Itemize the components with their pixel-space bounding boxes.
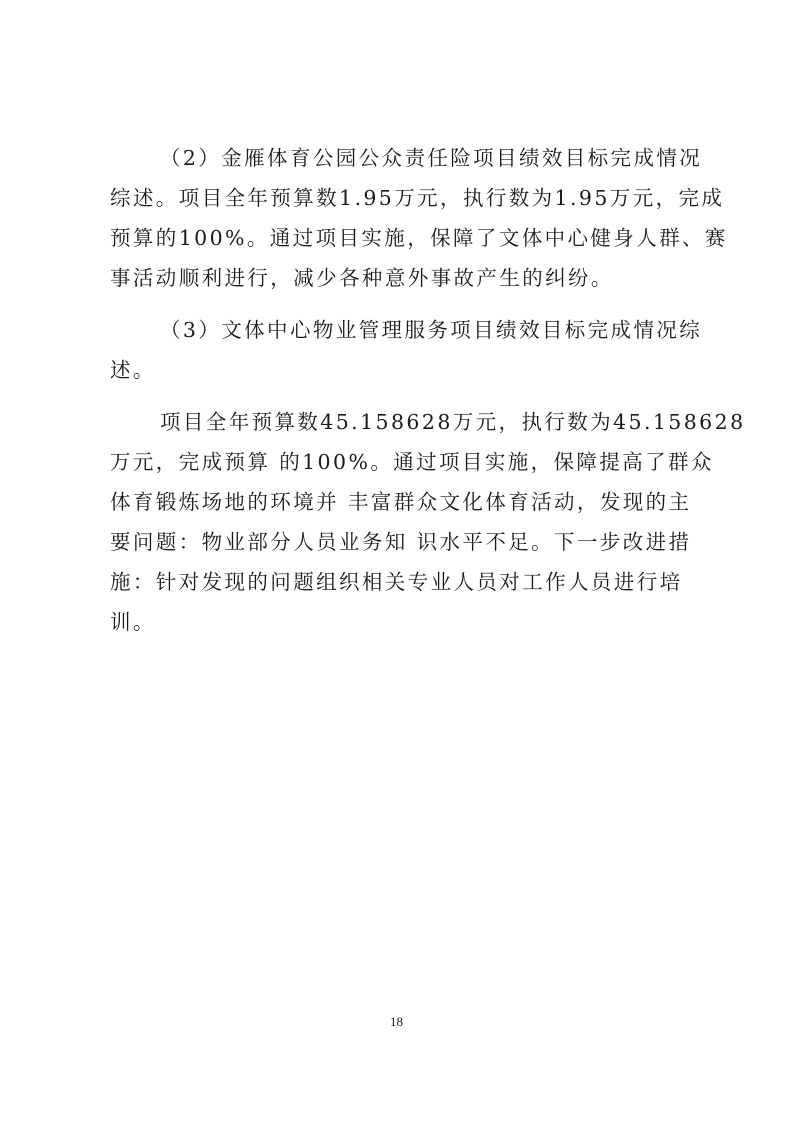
page-number: 18 <box>0 1014 793 1030</box>
text-line: 施：针对发现的问题组织相关专业人员对工作人员进行培 <box>110 568 690 596</box>
text-line: 万元，完成预算 的100%。通过项目实施，保障提高了群众 <box>110 448 690 476</box>
text-line: （2）金雁体育公园公众责任险项目绩效目标完成情况 <box>160 144 690 172</box>
document-page: （2）金雁体育公园公众责任险项目绩效目标完成情况 综述。项目全年预算数1.95万… <box>0 0 793 1122</box>
text-line: 预算的100%。通过项目实施，保障了文体中心健身人群、赛 <box>110 224 690 252</box>
text-line: 述。 <box>110 356 690 384</box>
text-line: （3）文体中心物业管理服务项目绩效目标完成情况综 <box>160 316 690 344</box>
text-line: 训。 <box>110 608 690 636</box>
text-line: 项目全年预算数45.158628万元，执行数为45.158628 <box>160 408 690 436</box>
text-line: 要问题：物业部分人员业务知 识水平不足。下一步改进措 <box>110 528 690 556</box>
text-line: 综述。项目全年预算数1.95万元，执行数为1.95万元，完成 <box>110 184 690 212</box>
text-line: 事活动顺利进行，减少各种意外事故产生的纠纷。 <box>110 264 690 292</box>
text-line: 体育锻炼场地的环境并 丰富群众文化体育活动，发现的主 <box>110 488 690 516</box>
